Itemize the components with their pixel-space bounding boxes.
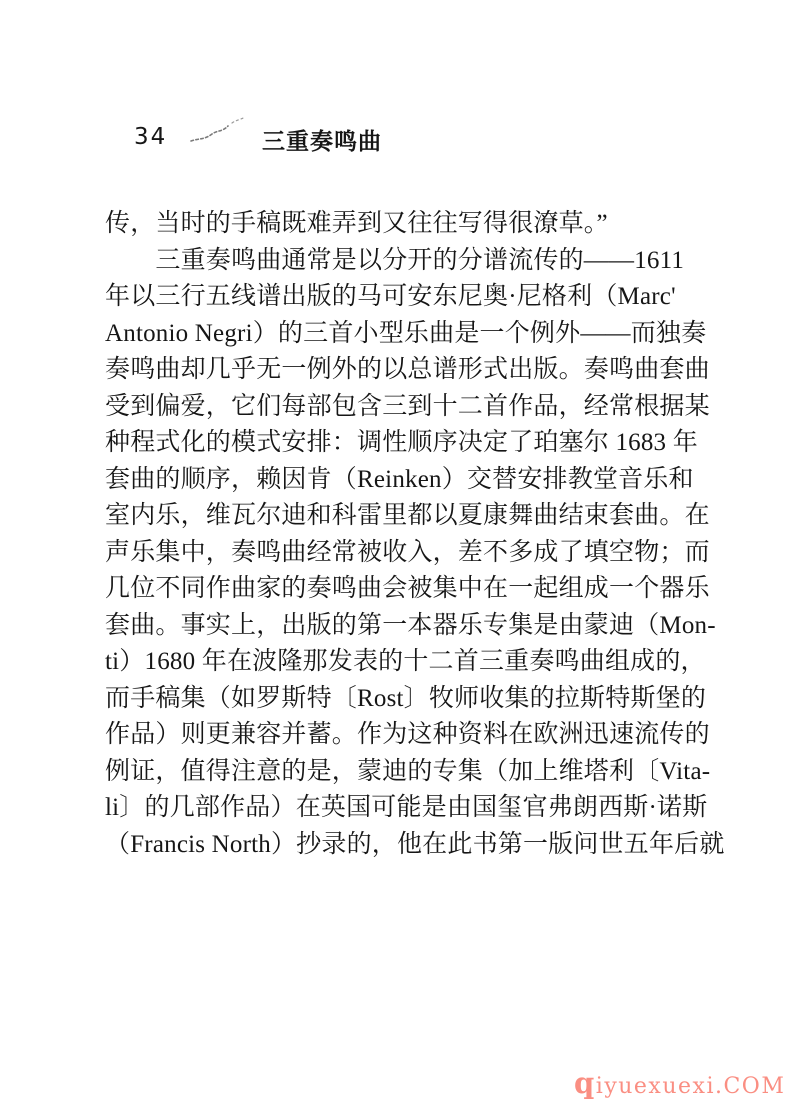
text-line: ti）1680 年在波隆那发表的十二首三重奏鸣曲组成的， — [105, 644, 711, 681]
text-line: 作品）则更兼容并蓄。作为这种资料在欧洲迅速流传的 — [105, 717, 711, 754]
watermark: qiyuexuexi.COM — [574, 1066, 785, 1100]
text-line: 声乐集中，奏鸣曲经常被收入，差不多成了填空物；而 — [105, 535, 711, 572]
watermark-text: iyuexuexi.COM — [596, 1074, 786, 1099]
text-line: （Francis North）抄录的，他在此书第一版问世五年后就 — [105, 827, 711, 864]
text-line: 奏鸣曲却几乎无一例外的以总谱形式出版。奏鸣曲套曲 — [105, 352, 711, 389]
text-line: 套曲的顺序，赖因肯（Reinken）交替安排教堂音乐和 — [105, 462, 711, 499]
text-line: 三重奏鸣曲通常是以分开的分谱流传的——1611 — [105, 243, 711, 280]
text-line: 室内乐，维瓦尔迪和科雷里都以夏康舞曲结束套曲。在 — [105, 498, 711, 535]
pen-scribble-decoration — [188, 110, 250, 148]
running-title: 三重奏鸣曲 — [262, 123, 382, 156]
text-line: 受到偏爱，它们每部包含三到十二首作品，经常根据某 — [105, 389, 711, 426]
text-line: 而手稿集（如罗斯特〔Rost〕牧师收集的拉斯特斯堡的 — [105, 681, 711, 718]
text-line: li〕的几部作品）在英国可能是由国玺官弗朗西斯·诺斯 — [105, 790, 711, 827]
text-line: 套曲。事实上，出版的第一本器乐专集是由蒙迪（Mon- — [105, 608, 711, 645]
text-line: 几位不同作曲家的奏鸣曲会被集中在一起组成一个器乐 — [105, 571, 711, 608]
page-number: 34 — [134, 124, 167, 150]
text-line: Antonio Negri）的三首小型乐曲是一个例外——而独奏 — [105, 316, 711, 353]
book-page: 34 三重奏鸣曲 传，当时的手稿既难弄到又往往写得很潦草。” 三重奏鸣曲通常是以… — [0, 0, 794, 1120]
text-line: 例证，值得注意的是，蒙迪的专集（加上维塔利〔Vita- — [105, 754, 711, 791]
body-text: 传，当时的手稿既难弄到又往往写得很潦草。” 三重奏鸣曲通常是以分开的分谱流传的—… — [105, 206, 711, 863]
text-line: 年以三行五线谱出版的马可安东尼奥·尼格利（Marc' — [105, 279, 711, 316]
watermark-q-letter: q — [574, 1066, 596, 1100]
text-line: 传，当时的手稿既难弄到又往往写得很潦草。” — [105, 206, 711, 243]
text-line: 种程式化的模式安排：调性顺序决定了珀塞尔 1683 年 — [105, 425, 711, 462]
